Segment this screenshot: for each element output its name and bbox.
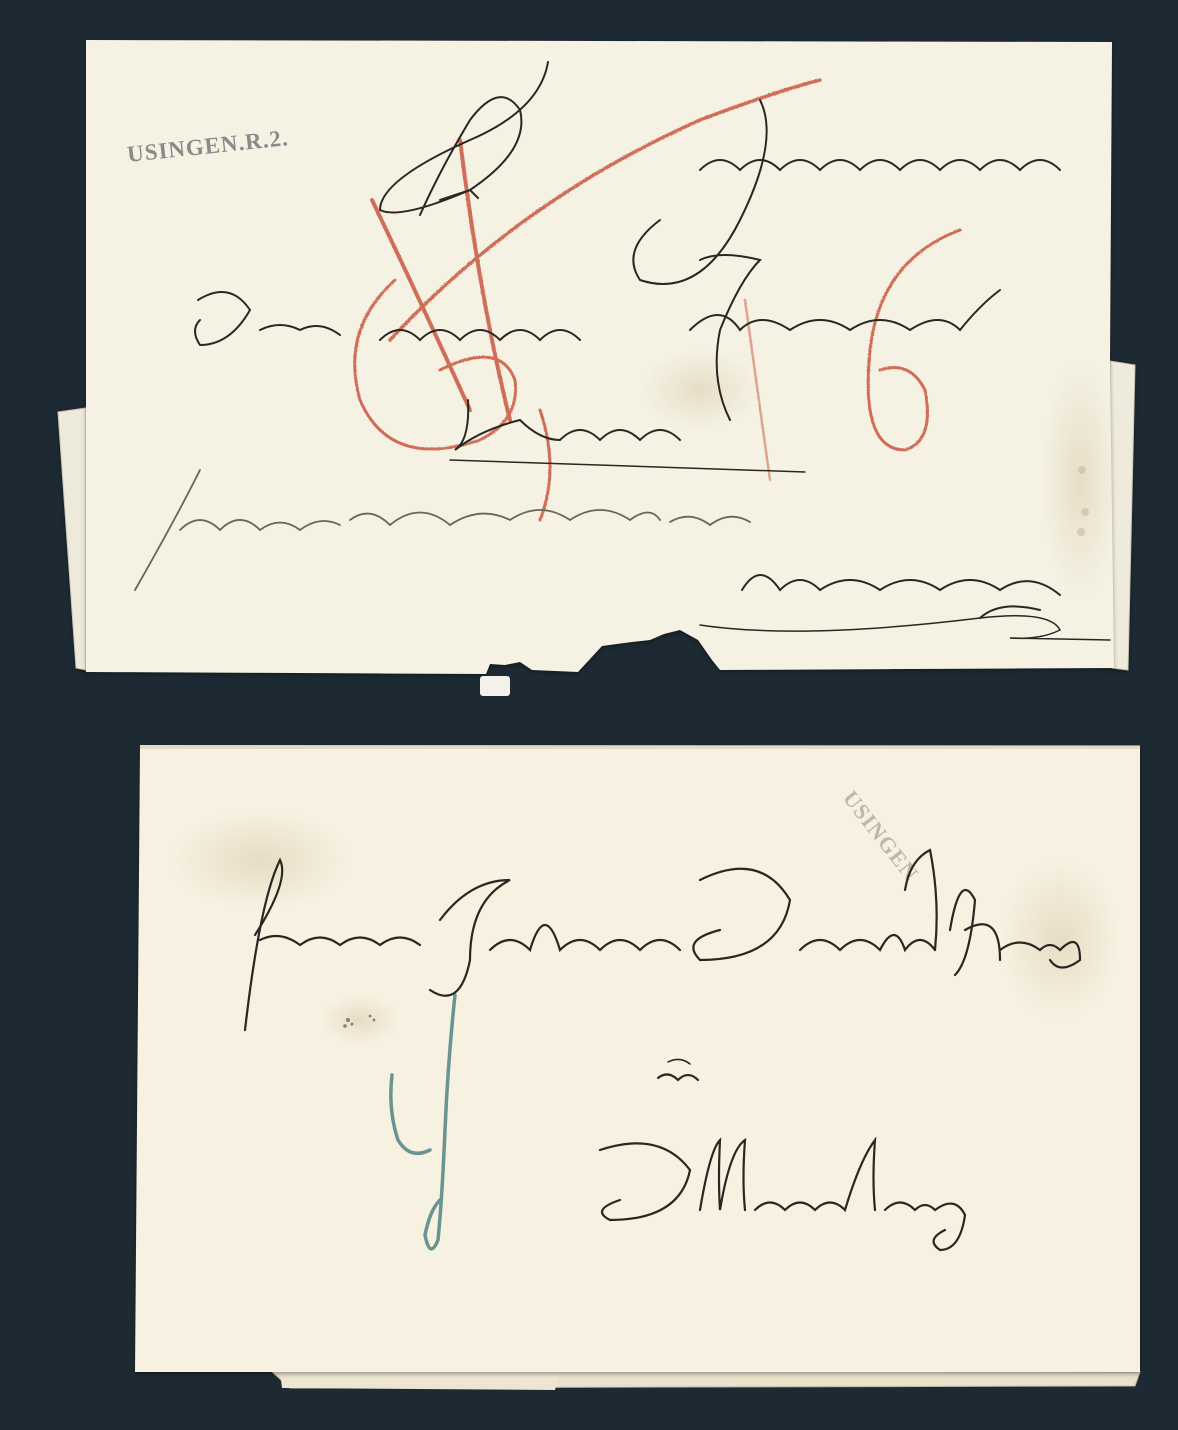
top-letter-tear-hole xyxy=(480,676,510,696)
scan-svg: USINGEN.R.2. xyxy=(0,0,1178,1430)
top-letter-left-flap xyxy=(58,408,86,670)
bottom-letter: USINGEN xyxy=(135,745,1140,1390)
top-letter: USINGEN.R.2. xyxy=(58,40,1135,696)
scan-scene: USINGEN.R.2. xyxy=(0,0,1178,1430)
